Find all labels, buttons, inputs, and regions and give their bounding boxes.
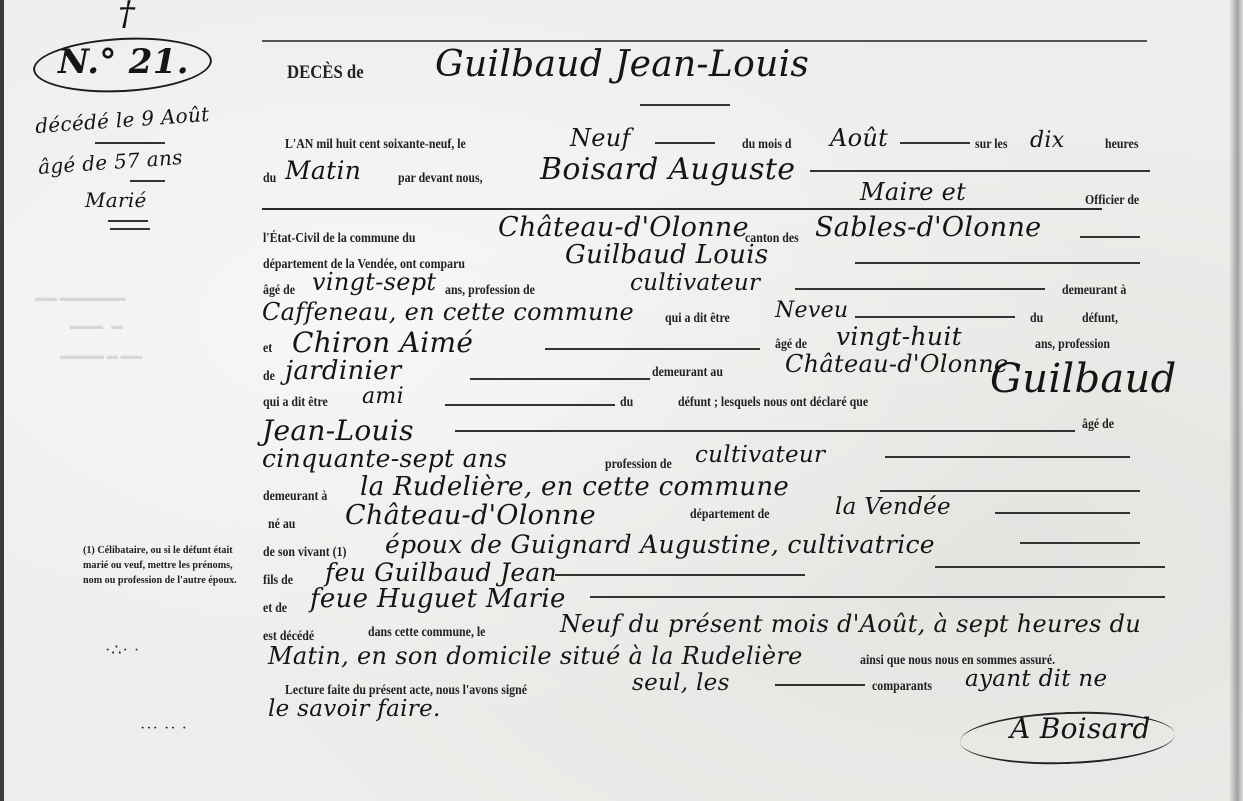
header-flourish-rule <box>640 104 730 106</box>
fill-line <box>445 404 615 406</box>
print-text: de <box>263 368 275 384</box>
fill-line <box>455 430 1075 432</box>
declarant1-age: vingt-sept <box>312 268 436 296</box>
fill-line <box>995 512 1130 514</box>
margin-cross-mark: † <box>118 0 135 34</box>
declarant1-profession: cultivateur <box>630 270 760 296</box>
fill-line <box>545 348 760 350</box>
declarants-illiteracy-note-end: le savoir faire. <box>268 696 441 722</box>
fill-line <box>655 142 715 144</box>
print-text: et <box>263 340 272 356</box>
print-text: du mois d <box>742 136 792 152</box>
deceased-profession: cultivateur <box>695 442 825 468</box>
fill-line <box>555 574 805 576</box>
margin-underline <box>110 228 150 230</box>
time-of-day-written: Matin <box>285 156 361 185</box>
fill-line <box>262 208 1102 210</box>
print-text: qui a dit être <box>263 394 328 410</box>
spouse-information: époux de Guignard Augustine, cultivatric… <box>385 530 935 559</box>
signing-statement: seul, les <box>632 670 730 696</box>
footnote-marital-instruction: (1) Célibataire, ou si le défunt était m… <box>83 543 239 588</box>
fill-line <box>935 566 1165 568</box>
ink-spots: ··· ·· · <box>140 720 188 738</box>
declarant1-residence: Caffeneau, en cette commune <box>262 298 634 326</box>
print-text: ans, profession <box>1035 336 1110 352</box>
declarant2-relation: ami <box>362 384 404 409</box>
print-text: qui a dit être <box>665 310 730 326</box>
declarant1-relation: Neveu <box>775 298 848 323</box>
margin-underline <box>95 142 165 144</box>
print-text: sur les <box>975 136 1007 152</box>
print-text: par devant nous, <box>398 170 483 186</box>
fill-line <box>855 262 1140 264</box>
officer-title-written: Maire et <box>860 178 966 206</box>
print-text: et de <box>263 600 287 616</box>
margin-underline <box>108 220 148 222</box>
declarant2-age: vingt-huit <box>836 322 962 351</box>
declarant2-residence: Château-d'Olonne <box>785 350 1009 378</box>
birth-department: la Vendée <box>835 494 951 520</box>
print-text: du <box>263 170 276 186</box>
print-text: défunt, <box>1082 310 1118 326</box>
page-binding-shadow <box>1229 0 1243 801</box>
fill-line <box>810 170 1150 172</box>
declarant1-name: Guilbaud Louis <box>565 240 768 270</box>
death-date-time: Neuf du présent mois d'Août, à sept heur… <box>560 610 1141 638</box>
canton-name: Sables-d'Olonne <box>815 212 1041 243</box>
officer-signature: A Boisard <box>1010 712 1151 745</box>
bleed-through-text: ▬▬ ▬▬▬▬▬▬ <box>35 292 126 304</box>
bleed-through-text: ▬▬▬▬ ▬ ▬▬ <box>60 350 143 362</box>
act-number: N.° 21. <box>58 42 189 82</box>
father-name: feu Guilbaud Jean <box>325 558 557 587</box>
print-text: Officier de <box>1085 192 1139 208</box>
print-text: heures <box>1105 136 1138 152</box>
print-text: âgé de <box>263 282 295 298</box>
month-written: Août <box>830 124 888 152</box>
record-type-title: DECÈS de <box>287 62 364 84</box>
deceased-birthplace: Château-d'Olonne <box>345 500 596 531</box>
print-text: profession de <box>605 456 672 472</box>
fill-line <box>590 596 1165 598</box>
deceased-surname: Guilbaud <box>990 356 1177 402</box>
fill-line <box>885 456 1130 458</box>
fill-line <box>880 490 1140 492</box>
print-text: comparants <box>872 678 932 694</box>
fill-line <box>775 684 865 686</box>
margin-death-date: décédé le 9 Août <box>34 102 210 138</box>
bleed-through-text: ▬▬▬ ▬ <box>70 320 122 332</box>
fill-line <box>795 288 1045 290</box>
deceased-given-names: Jean-Louis <box>262 414 414 447</box>
print-text: fils de <box>263 572 293 588</box>
fill-line <box>470 378 650 380</box>
page-left-edge <box>0 0 4 801</box>
print-text: département de <box>690 506 770 522</box>
day-written: Neuf <box>570 124 631 152</box>
print-text: demeurant à <box>1062 282 1126 298</box>
margin-age: âgé de 57 ans <box>37 145 183 179</box>
print-text: du <box>1030 310 1043 326</box>
print-text: âgé de <box>1082 416 1114 432</box>
print-text: défunt ; lesquels nous ont déclaré que <box>678 394 868 410</box>
mother-name: feue Huguet Marie <box>310 584 566 614</box>
print-text: L'AN mil huit cent soixante-neuf, le <box>285 136 466 152</box>
declarant2-profession: jardinier <box>285 356 402 386</box>
print-text: né au <box>268 516 295 532</box>
print-text: demeurant à <box>263 488 327 504</box>
print-text: du <box>620 394 633 410</box>
commune-name: Château-d'Olonne <box>498 212 749 243</box>
hour-written: dix <box>1030 128 1064 153</box>
print-text: ans, profession de <box>445 282 535 298</box>
print-text: demeurant au <box>652 364 723 380</box>
fill-line <box>900 142 970 144</box>
deceased-name-title: Guilbaud Jean-Louis <box>435 44 809 85</box>
print-text: l'État-Civil de la commune du <box>263 230 415 246</box>
officer-name: Boisard Auguste <box>540 152 795 187</box>
fill-line <box>855 316 1015 318</box>
fill-line <box>1080 236 1140 238</box>
death-place: Matin, en son domicile situé à la Rudeli… <box>268 642 803 670</box>
fill-line <box>1020 542 1140 544</box>
declarants-illiteracy-note: ayant dit ne <box>965 666 1107 692</box>
deceased-residence: la Rudelière, en cette commune <box>360 472 789 502</box>
print-text: dans cette commune, le <box>368 624 485 640</box>
deceased-age: cinquante-sept ans <box>262 444 507 473</box>
ink-spots: ·∴· · <box>105 640 140 660</box>
margin-marital-status: Marié <box>85 188 147 212</box>
header-top-rule <box>262 40 1147 42</box>
declarant2-name: Chiron Aimé <box>292 326 473 359</box>
margin-underline <box>130 180 165 182</box>
